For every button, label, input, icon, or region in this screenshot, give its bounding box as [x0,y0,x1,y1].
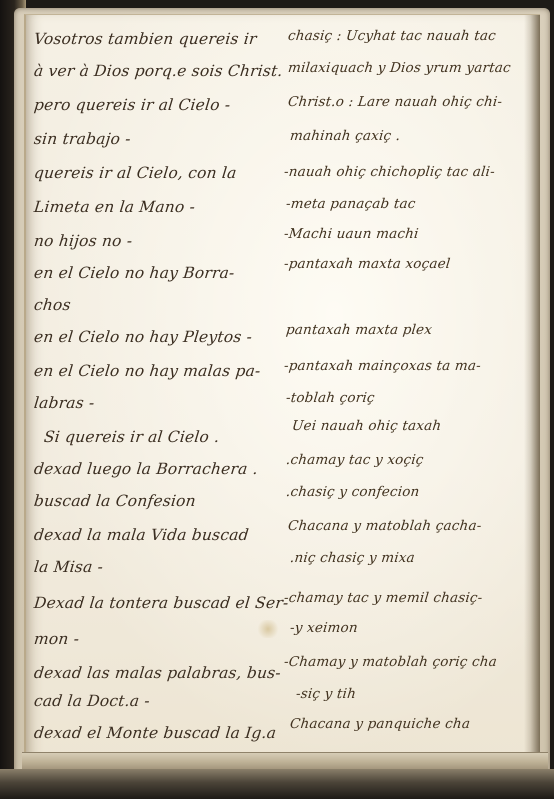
translation-line: -Chamay y matoblah çoriç cha [283,654,498,670]
translation-line: chasiç : Ucyhat tac nauah tac [287,28,497,44]
translation-line: -chamay tac y memil chasiç- [283,590,483,606]
translation-line: -Machi uaun machi [283,226,419,242]
translation-line: Uei nauah ohiç taxah [291,418,442,434]
manuscript-page [24,14,540,763]
spanish-line: buscad la Confesion [33,492,197,510]
spanish-line: chos [33,296,72,314]
translation-line: Christ.o : Lare nauah ohiç chi- [287,94,503,110]
translation-line: Chacana y panquiche cha [289,716,471,732]
spanish-line: mon - [33,630,80,648]
spanish-line: Si quereis ir al Cielo . [43,428,220,446]
translation-line: Chacana y matoblah çacha- [287,518,482,534]
translation-line: -pantaxah mainçoxas ta ma- [283,358,482,374]
translation-line: -siç y tih [295,686,357,702]
spanish-line: sin trabajo - [33,130,132,148]
paper-stain [256,620,280,638]
translation-line: mahinah çaxiç . [289,128,401,144]
translation-line: -pantaxah maxta xoçael [283,256,451,272]
translation-line: .chamay tac y xoçiç [285,452,424,468]
spanish-line: Limeta en la Mano - [33,198,196,216]
spanish-line: cad la Doct.a - [33,692,151,710]
spanish-line: Dexad la tontera buscad el Ser- [33,594,289,612]
spanish-line: dexad el Monte buscad la Ig.a [33,724,277,742]
spanish-line: labras - [33,394,95,412]
spanish-line: en el Cielo no hay Pleytos - [33,328,253,346]
translation-line: .niç chasiç y mixa [289,550,416,566]
spanish-line: en el Cielo no hay Borra- [33,264,235,282]
translation-line: pantaxah maxta plex [285,322,433,338]
spanish-line: en el Cielo no hay malas pa- [33,362,261,380]
spanish-line: dexad la mala Vida buscad [33,526,250,544]
translation-line: milaxiquach y Dios yrum yartac [287,60,511,76]
translation-line: -meta panaçab tac [285,196,416,212]
spanish-line: à ver à Dios porq.e sois Christ. [33,62,284,80]
book-cover-bottom [0,769,554,799]
spanish-line: pero quereis ir al Cielo - [33,96,231,114]
spanish-line: dexad las malas palabras, bus- [33,664,282,682]
translation-line: .chasiç y confecion [285,484,420,500]
translation-line: -y xeimon [289,620,359,636]
page-gutter-shadow [524,15,540,763]
translation-line: -toblah çoriç [285,390,375,406]
spanish-line: dexad luego la Borrachera . [33,460,259,478]
spanish-line: quereis ir al Cielo, con la [33,164,237,182]
spanish-line: Vosotros tambien quereis ir [33,30,258,48]
spanish-line: no hijos no - [33,232,133,250]
translation-line: -nauah ohiç chichopliç tac ali- [283,164,496,180]
spanish-line: la Misa - [33,558,104,576]
